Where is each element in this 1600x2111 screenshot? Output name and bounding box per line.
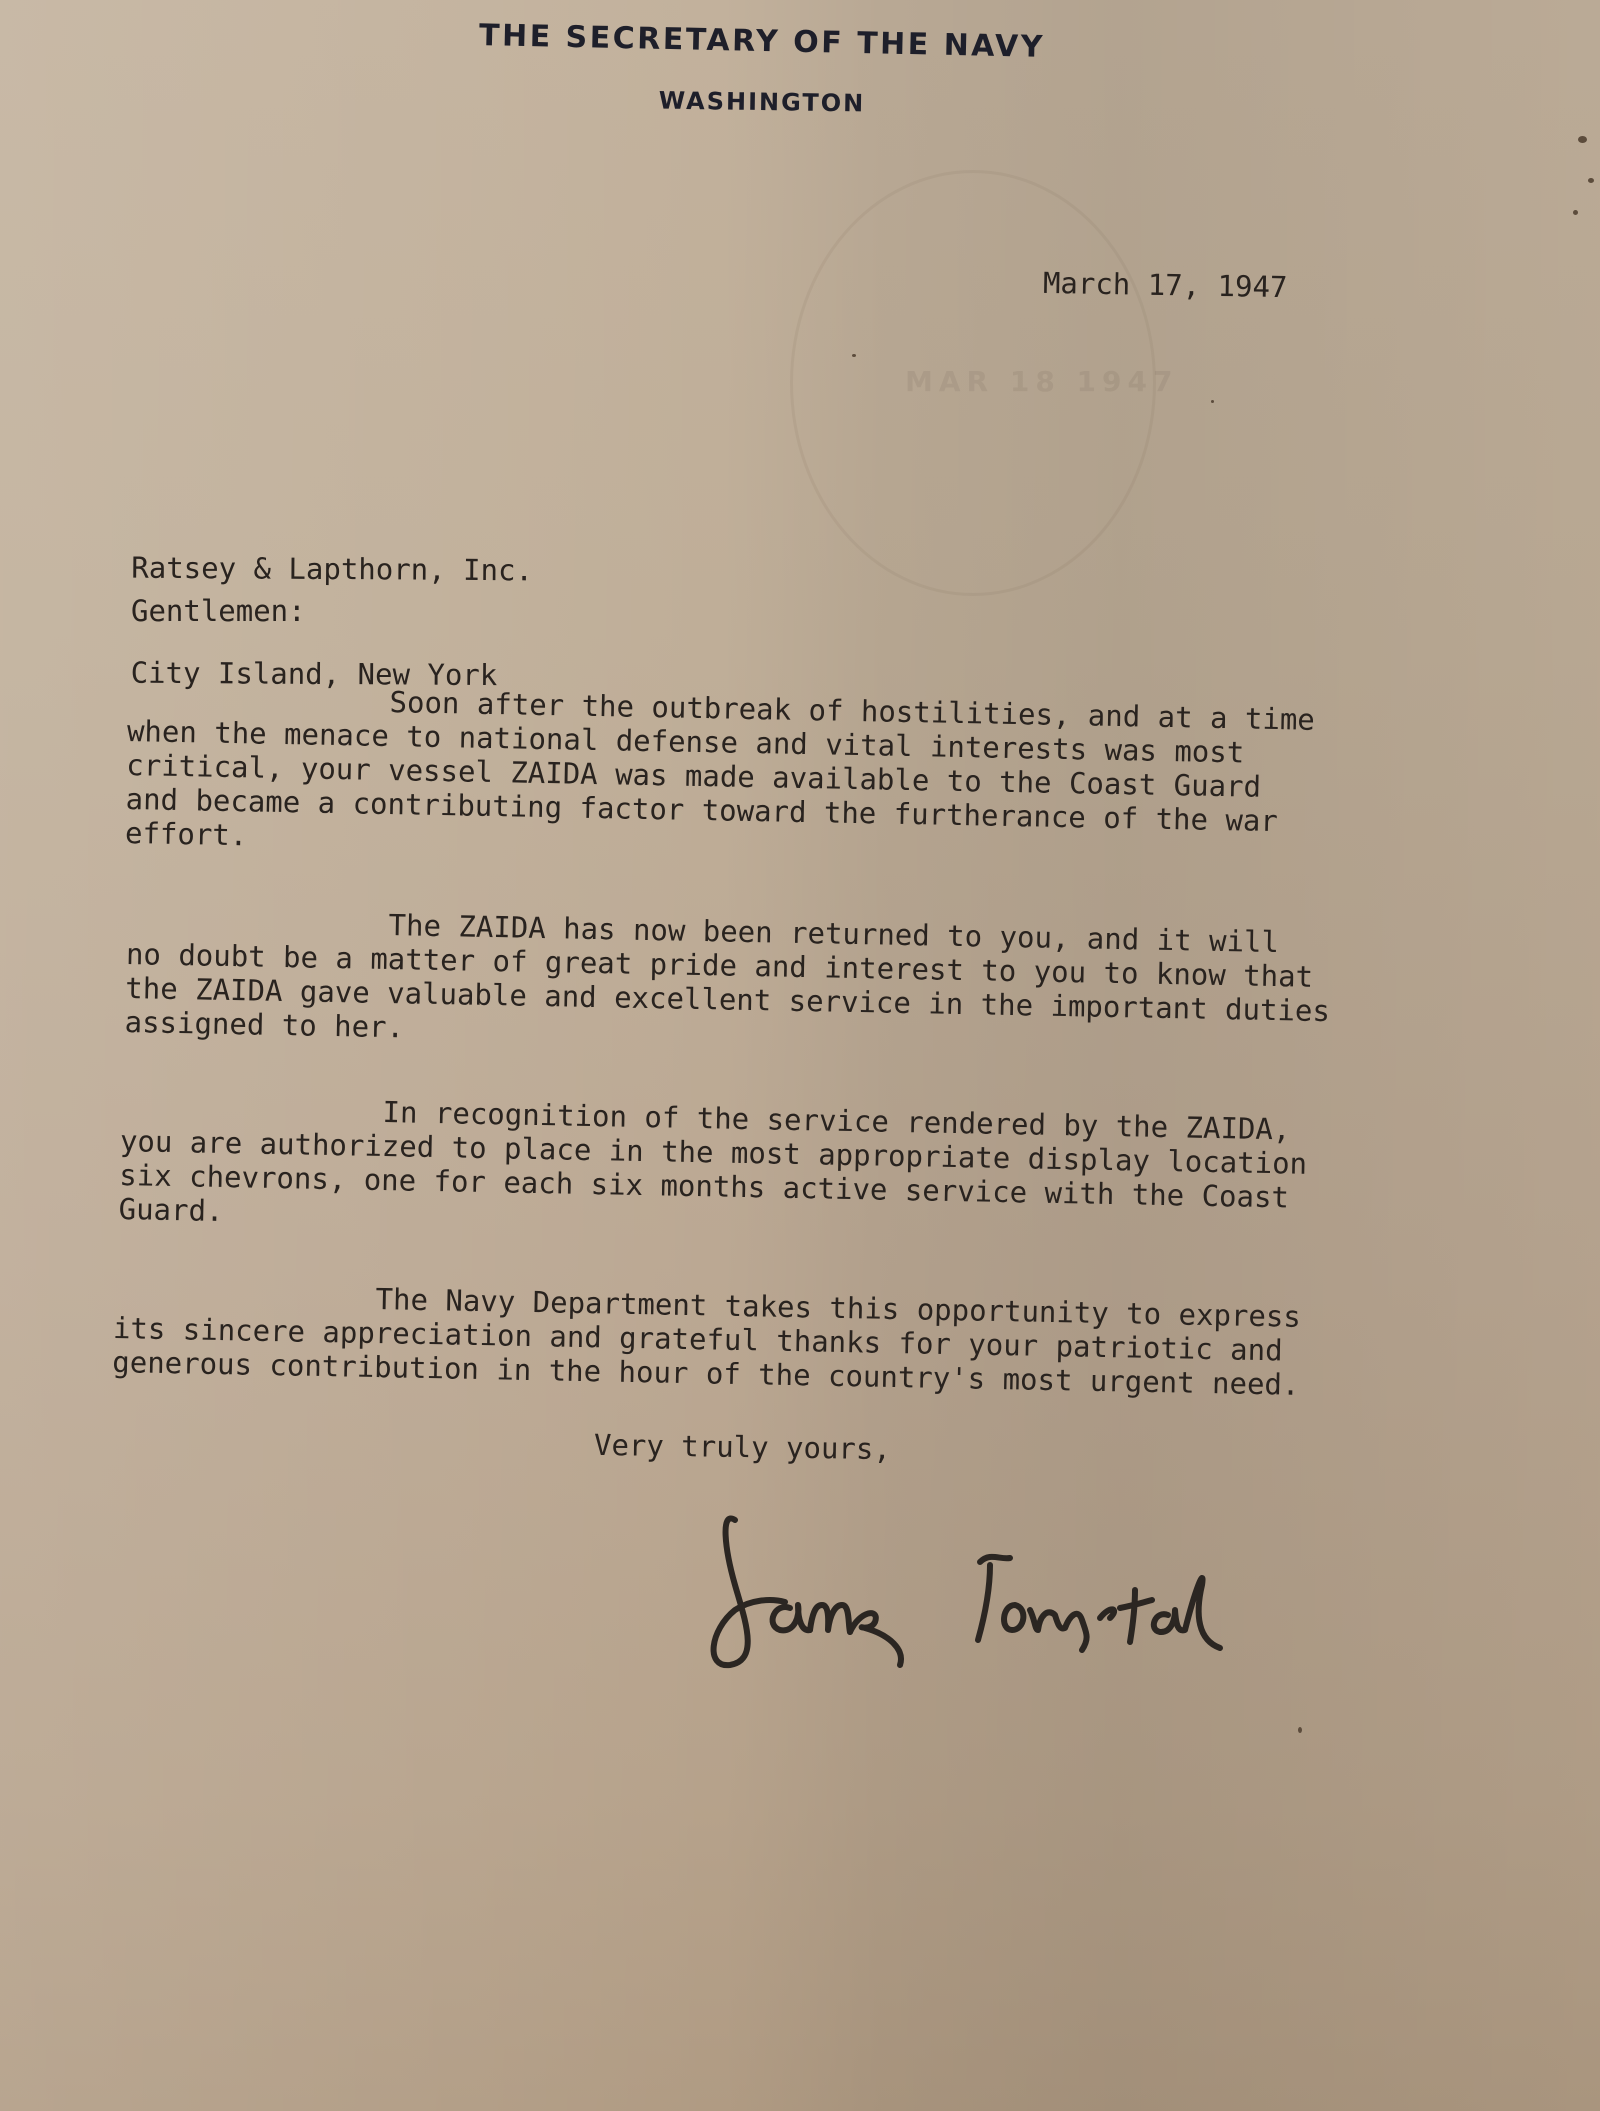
- signature-handwriting-icon: James Forrestal: [690, 1490, 1490, 1690]
- paper-speck: [1588, 178, 1594, 183]
- letter-date: March 17, 1947: [1043, 266, 1288, 305]
- body-paragraph: In recognition of the service rendered b…: [118, 1090, 1420, 1251]
- paragraph-rest: when the menace to national defense and …: [125, 714, 1278, 852]
- salutation: Gentlemen:: [131, 594, 306, 629]
- body-paragraph: The Navy Department takes this opportuni…: [112, 1277, 1414, 1404]
- signature: James Forrestal: [690, 1490, 1490, 1690]
- paper-speck: [852, 354, 856, 357]
- letterhead-title: THE SECRETARY OF THE NAVY: [0, 7, 1562, 76]
- body-paragraph: Soon after the outbreak of hostilities, …: [125, 680, 1428, 875]
- body-paragraph: The ZAIDA has now been returned to you, …: [124, 903, 1426, 1064]
- closing: Very truly yours,: [594, 1428, 891, 1467]
- paper-speck: [1578, 136, 1587, 143]
- recipient-name: Ratsey & Lapthorn, Inc.: [131, 551, 533, 589]
- received-stamp-text: MAR 18 1947: [905, 365, 1178, 398]
- letterhead-city: WASHINGTON: [0, 77, 1562, 127]
- paper-speck: [1211, 400, 1214, 403]
- letter-page: MAR 18 1947 THE SECRETARY OF THE NAVY WA…: [0, 0, 1600, 2111]
- paper-speck: [1573, 210, 1578, 215]
- paper-speck: [1298, 1727, 1302, 1733]
